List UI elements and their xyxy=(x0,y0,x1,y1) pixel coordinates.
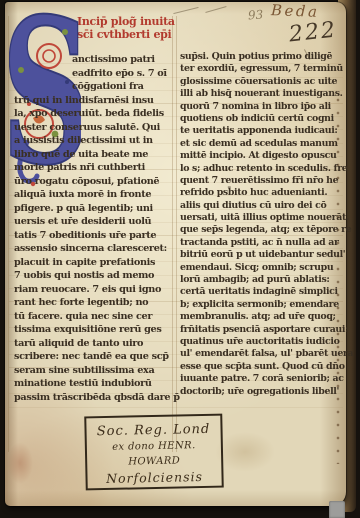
text-column-left: anctissimo patrieadfrito ep̄o s. 7 oīcōḡ… xyxy=(14,53,176,404)
text-line: ul' emendarēt falsa, ul' pbarēt uera xyxy=(180,348,350,360)
stamp-line: Norfolciensis xyxy=(87,468,221,488)
text-line: et sic demū ad scedulas manum xyxy=(180,138,350,150)
pencil-stroke xyxy=(205,6,227,13)
text-line: quorū 7 nomina in libro ip̄o ali xyxy=(180,101,350,113)
text-line: tū facere. quia nec sine cer xyxy=(14,310,176,324)
text-line: aliquā iuxta morē in fronte xyxy=(14,188,176,202)
parchment-stain xyxy=(7,442,33,484)
text-line: minatione testiū indubiorū xyxy=(14,377,176,391)
folio-number: 222 xyxy=(288,18,338,48)
rubric: Incip̄ plog̃ inuita sc̄i cvthberti ep̄i xyxy=(77,15,175,41)
text-line: morie patris nr̄i cuthberti xyxy=(14,161,176,175)
text-line: te ueritatis apponenda iudicaui: xyxy=(180,125,350,137)
text-line: illi ab hisq̄ nouerant inuestigans. xyxy=(180,88,350,100)
text-line: certā ueritatis indaginē simplici xyxy=(180,286,350,298)
text-line: anctissimo patri xyxy=(72,53,176,67)
text-line: iuuante patre. 7 corā seniorib; ac xyxy=(180,373,350,385)
gray-corner-tab xyxy=(329,501,345,518)
text-line: refrido psb̄ito huc aduenianti. xyxy=(180,187,350,199)
rubric-line: Incip̄ plog̃ inuita xyxy=(77,15,175,28)
text-line: glosissime cōuersationis ac uite xyxy=(180,76,350,88)
text-line: frn̄itatis psenciā asportare curaui: xyxy=(180,324,350,336)
column-gutter-rule-2 xyxy=(176,16,177,452)
text-line: emendaui. Sicq; omnib; scrupu xyxy=(180,262,350,274)
text-line: 7 uobis qui nostis ad memo xyxy=(14,269,176,283)
parchment-stain xyxy=(215,432,275,472)
text-line: quatinus ur̄e auctoritatis iudicio xyxy=(180,336,350,348)
text-line: eadfrito ep̄o s. 7 oī xyxy=(72,67,176,81)
library-stamp: Soc. Reg. Lond ex dono HENR. HOWARD Norf… xyxy=(84,414,224,491)
text-line: quotiens ob indiciū certū cogni xyxy=(180,113,350,125)
text-line: tatis 7 obeditionis ur̄e parte xyxy=(14,229,176,243)
text-line: lo s; adhuc retento in scedulis. fre xyxy=(180,163,350,175)
text-line: pfigere. p quā legentib; uni xyxy=(14,202,176,216)
text-line: quent 7 reuerētissimo fr̄i nr̄o he xyxy=(180,175,350,187)
text-line: uersis et ur̄e desiderii uolū xyxy=(14,215,176,229)
text-line: a iussistis dilectissimi ut in xyxy=(14,134,176,148)
text-line: trū qui in lindisfarnēsi insu xyxy=(14,94,176,108)
text-line: sup̄si. Quin potius primo diligē xyxy=(180,51,350,63)
text-line: rant hec forte legentib; no xyxy=(14,296,176,310)
stamp-line: ex dono HENR. HOWARD xyxy=(87,438,222,471)
green-sprig xyxy=(62,29,68,35)
text-line: membranulis. atq; ad ur̄e quoq; xyxy=(180,311,350,323)
text-line: libro quē de uita beate me xyxy=(14,148,176,162)
text-line: placuit in capite prefationis xyxy=(14,256,176,270)
text-line: cōḡgationi fra xyxy=(72,80,176,94)
parchment-page: 93 Beda 222 Incip̄ plog̃ inuita sc̄i cvt… xyxy=(5,2,346,506)
text-line: que sep̄s legenda, atq; ex tēpore re xyxy=(180,224,350,236)
text-line: doctorib; ur̄e ogregationis libell' xyxy=(180,386,350,398)
text-line: lorū ambagib; ad purū ablatis: xyxy=(180,274,350,286)
text-line: tractanda pstiti, ac n̄ nulla ad ar xyxy=(180,237,350,249)
stamp-line: Soc. Reg. Lond xyxy=(86,421,220,441)
text-line: passim trāscribēda qbsdā dare p̄ xyxy=(14,391,176,405)
text-line: scribere: nec tandē ea que scp̄ xyxy=(14,350,176,364)
text-line: mittē incipio. At digesto opuscu xyxy=(180,150,350,162)
manuscript-photo: 93 Beda 222 Incip̄ plog̃ inuita sc̄i cvt… xyxy=(0,0,360,518)
text-line: la, xp̄o deseruiūt. beda fidelis xyxy=(14,107,176,121)
text-line: bitriū eorū p ut uidebantur sedul' xyxy=(180,249,350,261)
text-column-right: sup̄si. Quin potius primo diligēter exor… xyxy=(180,51,350,398)
text-line: esse que scp̄ta sunt. Quod cū dn̄o xyxy=(180,361,350,373)
text-line: aliis qui diutius cū uiro dei cō xyxy=(180,200,350,212)
title-inscription: Beda xyxy=(271,1,320,21)
rubric-line: sc̄i cvthberti ep̄i xyxy=(77,28,175,41)
pencil-number: 93 xyxy=(248,7,264,22)
text-line: ūro rogatu cōposui, pfationē xyxy=(14,175,176,189)
pencil-stroke xyxy=(173,7,199,15)
text-line: b; explicita sermonib; emendare xyxy=(180,299,350,311)
text-line: riam reuocare. 7 eis qui igno xyxy=(14,283,176,297)
text-line: uester conseruus salutē. Qui xyxy=(14,121,176,135)
text-line: tissima exquisitiōne rerū ges xyxy=(14,323,176,337)
text-line: tarū aliquid de tanto uiro xyxy=(14,337,176,351)
text-line: seram sine subtilissima exa xyxy=(14,364,176,378)
text-line: uersati, uitā illius optime nouerāt. xyxy=(180,212,350,224)
text-line: assensio sincerna claresceret: xyxy=(14,242,176,256)
text-line: ter exordiū, egressum, 7 terminū xyxy=(180,63,350,75)
